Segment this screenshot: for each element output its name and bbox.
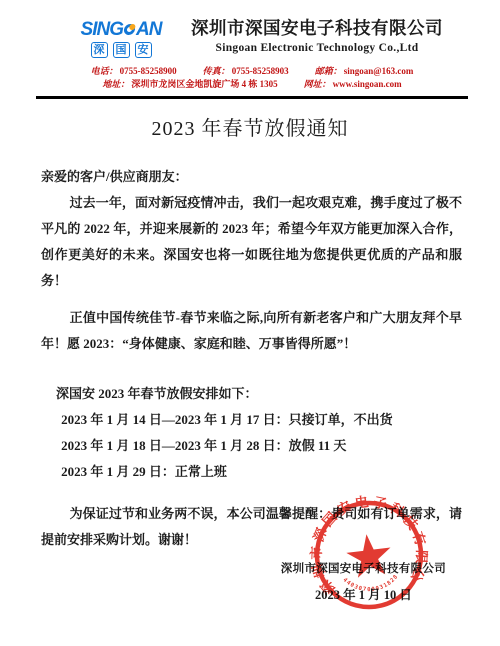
notice-title: 2023 年春节放假通知 [0,115,500,143]
company-name-english: Singoan Electronic Technology Co.,Ltd [191,42,443,54]
signature-block: 深圳市深国安电子科技有限公司 2023 年 1 月 10 日 [281,562,446,603]
logo-cn-char: 安 [135,42,152,58]
email-field: 邮箱：singoan@163.com [315,65,414,78]
fax-number: 0755-85258903 [232,66,289,76]
signature-company: 深圳市深国安电子科技有限公司 [281,562,446,577]
letterhead: SINGAN 深 国 安 深圳市深国安电子科技有限公司 Singoan Elec… [0,0,500,91]
fax-label: 传真： [203,66,230,76]
paragraph-reminder: 为保证过节和业务两不误，本公司温馨提醒：贵司如有订单需求，请提前安排采购计划。谢… [41,501,462,553]
logo-chinese-name: 深 国 安 [61,42,181,58]
website-url: www.singoan.com [333,79,402,89]
address-field: 地址：深圳市龙岗区金地凯旋广场 4 栋 1305 [102,78,277,91]
signature-date: 2023 年 1 月 10 日 [281,588,446,603]
website-label: 网址： [304,79,331,89]
singoan-logo-icon: SINGAN [61,20,181,40]
schedule-line-back-to-work: 2023 年 1 月 29 日：正常上班 [41,459,462,485]
phone-number: 0755-85258900 [120,66,177,76]
company-logo: SINGAN 深 国 安 [61,16,181,58]
schedule-line-holiday: 2023 年 1 月 18 日—2023 年 1 月 28 日：放假 11 天 [41,433,462,459]
website-field: 网址：www.singoan.com [304,78,402,91]
phone-label: 电话： [91,66,118,76]
logo-cn-char: 国 [113,42,130,58]
fax-field: 传真：0755-85258903 [203,65,289,78]
address-label: 地址： [102,79,129,89]
logo-text-suffix: AN [136,19,161,40]
schedule-line-orders-only: 2023 年 1 月 14 日—2023 年 1 月 17 日：只接订单，不出货 [41,407,462,433]
email-label: 邮箱： [315,66,342,76]
address-text: 深圳市龙岗区金地凯旋广场 4 栋 1305 [131,79,277,89]
salutation: 亲爱的客户/供应商朋友： [41,164,462,190]
letterhead-divider [36,96,468,99]
logo-text-prefix: SING [81,19,123,40]
company-name-chinese: 深圳市深国安电子科技有限公司 [191,16,443,40]
email-address: singoan@163.com [344,66,414,76]
paragraph-new-year-wishes: 正值中国传统佳节-春节来临之际,向所有新老客户和广大朋友拜个早年！愿 2023：… [41,305,462,357]
phone-field: 电话：0755-85258900 [91,65,177,78]
logo-cn-char: 深 [91,42,108,58]
notice-body: 亲爱的客户/供应商朋友： 过去一年，面对新冠疫情冲击，我们一起攻艰克难，携手度过… [0,164,500,603]
logo-o-sensor-icon [123,24,136,35]
paragraph-review-2022: 过去一年，面对新冠疫情冲击，我们一起攻艰克难，携手度过了极不平凡的 2022 年… [41,190,462,294]
schedule-intro: 深国安 2023 年春节放假安排如下： [41,381,462,407]
notice-document-page: SINGAN 深 国 安 深圳市深国安电子科技有限公司 Singoan Elec… [0,0,500,646]
contact-info: 电话：0755-85258900 传真：0755-85258903 邮箱：sin… [34,65,470,91]
